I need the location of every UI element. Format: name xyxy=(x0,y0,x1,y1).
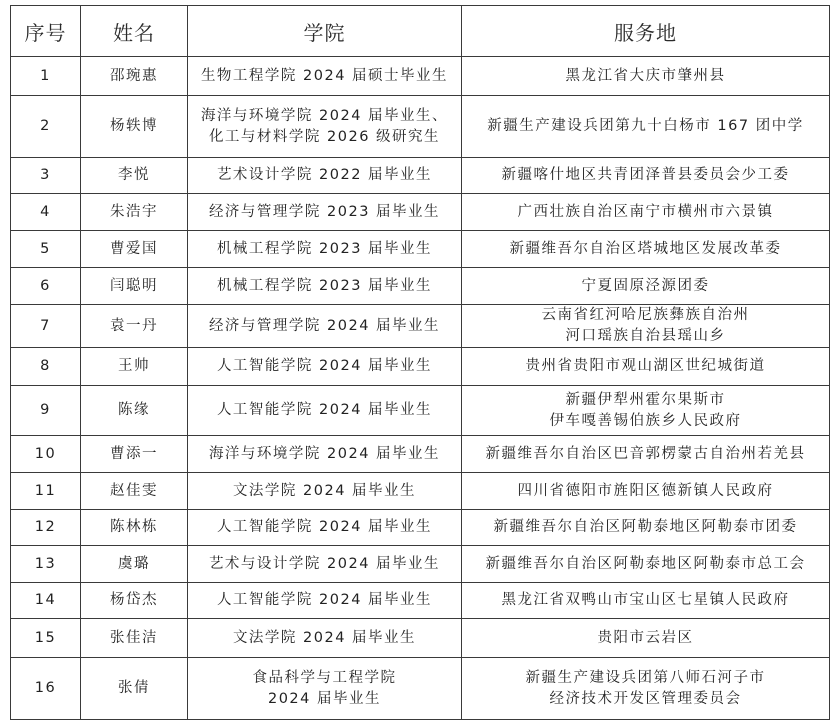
cell-service-place: 云南省红河哈尼族彝族自治州河口瑶族自治县瑶山乡 xyxy=(462,305,830,348)
service-place-line: 新疆喀什地区共青团泽普县委员会少工委 xyxy=(466,165,825,186)
cell-name: 袁一丹 xyxy=(81,305,188,348)
cell-index: 13 xyxy=(11,546,81,583)
cell-service-place: 贵阳市云岩区 xyxy=(462,619,830,658)
cell-college: 人工智能学院 2024 届毕业生 xyxy=(188,583,462,619)
cell-service-place: 新疆维吾尔自治区阿勒泰地区阿勒泰市总工会 xyxy=(462,546,830,583)
cell-name: 张佳洁 xyxy=(81,619,188,658)
college-line: 人工智能学院 2024 届毕业生 xyxy=(192,356,457,377)
cell-service-place: 新疆维吾尔自治区阿勒泰地区阿勒泰市团委 xyxy=(462,510,830,546)
cell-college: 经济与管理学院 2023 届毕业生 xyxy=(188,194,462,231)
roster-table: 序号 姓名 学院 服务地 1邵琬惠生物工程学院 2024 届硕士毕业生黑龙江省大… xyxy=(10,5,830,720)
cell-index: 15 xyxy=(11,619,81,658)
cell-name: 闫聪明 xyxy=(81,268,188,305)
header-service-place: 服务地 xyxy=(462,6,830,57)
service-place-line: 新疆生产建设兵团第八师石河子市 xyxy=(466,668,825,689)
college-line: 经济与管理学院 2023 届毕业生 xyxy=(192,202,457,223)
college-line: 经济与管理学院 2024 届毕业生 xyxy=(192,316,457,337)
service-place-line: 新疆维吾尔自治区阿勒泰地区阿勒泰市团委 xyxy=(466,517,825,538)
table-row: 15张佳洁文法学院 2024 届毕业生贵阳市云岩区 xyxy=(11,619,830,658)
service-place-line: 河口瑶族自治县瑶山乡 xyxy=(466,326,825,347)
cell-name: 朱浩宇 xyxy=(81,194,188,231)
table-row: 11赵佳雯文法学院 2024 届毕业生四川省德阳市旌阳区德新镇人民政府 xyxy=(11,473,830,510)
cell-index: 1 xyxy=(11,57,81,96)
cell-name: 曹爱国 xyxy=(81,231,188,268)
college-line: 2024 届毕业生 xyxy=(192,689,457,710)
cell-college: 海洋与环境学院 2024 届毕业生 xyxy=(188,436,462,473)
cell-college: 海洋与环境学院 2024 届毕业生、化工与材料学院 2026 级研究生 xyxy=(188,96,462,158)
cell-index: 16 xyxy=(11,658,81,720)
cell-name: 王帅 xyxy=(81,348,188,386)
college-line: 海洋与环境学院 2024 届毕业生、 xyxy=(192,106,457,127)
cell-service-place: 新疆生产建设兵团第九十白杨市 167 团中学 xyxy=(462,96,830,158)
header-name: 姓名 xyxy=(81,6,188,57)
college-line: 文法学院 2024 届毕业生 xyxy=(192,481,457,502)
service-place-line: 黑龙江省双鸭山市宝山区七星镇人民政府 xyxy=(466,590,825,611)
header-index: 序号 xyxy=(11,6,81,57)
cell-index: 8 xyxy=(11,348,81,386)
cell-service-place: 新疆喀什地区共青团泽普县委员会少工委 xyxy=(462,158,830,194)
cell-service-place: 四川省德阳市旌阳区德新镇人民政府 xyxy=(462,473,830,510)
cell-college: 人工智能学院 2024 届毕业生 xyxy=(188,510,462,546)
college-line: 艺术与设计学院 2024 届毕业生 xyxy=(192,554,457,575)
cell-college: 生物工程学院 2024 届硕士毕业生 xyxy=(188,57,462,96)
cell-name: 邵琬惠 xyxy=(81,57,188,96)
table-body: 1邵琬惠生物工程学院 2024 届硕士毕业生黑龙江省大庆市肇州县2杨轶博海洋与环… xyxy=(11,57,830,720)
service-place-line: 宁夏固原泾源团委 xyxy=(466,276,825,297)
cell-name: 李悦 xyxy=(81,158,188,194)
cell-college: 艺术与设计学院 2024 届毕业生 xyxy=(188,546,462,583)
table-row: 8王帅人工智能学院 2024 届毕业生贵州省贵阳市观山湖区世纪城街道 xyxy=(11,348,830,386)
service-place-line: 黑龙江省大庆市肇州县 xyxy=(466,66,825,87)
service-place-line: 广西壮族自治区南宁市横州市六景镇 xyxy=(466,202,825,223)
cell-index: 9 xyxy=(11,386,81,436)
college-line: 人工智能学院 2024 届毕业生 xyxy=(192,590,457,611)
table-row: 14杨岱杰人工智能学院 2024 届毕业生黑龙江省双鸭山市宝山区七星镇人民政府 xyxy=(11,583,830,619)
service-place-line: 贵阳市云岩区 xyxy=(466,628,825,649)
college-line: 生物工程学院 2024 届硕士毕业生 xyxy=(192,66,457,87)
cell-name: 赵佳雯 xyxy=(81,473,188,510)
table-row: 7袁一丹经济与管理学院 2024 届毕业生云南省红河哈尼族彝族自治州河口瑶族自治… xyxy=(11,305,830,348)
cell-service-place: 黑龙江省大庆市肇州县 xyxy=(462,57,830,96)
service-place-line: 新疆伊犁州霍尔果斯市 xyxy=(466,390,825,411)
table-row: 13虞璐艺术与设计学院 2024 届毕业生新疆维吾尔自治区阿勒泰地区阿勒泰市总工… xyxy=(11,546,830,583)
cell-name: 虞璐 xyxy=(81,546,188,583)
cell-college: 文法学院 2024 届毕业生 xyxy=(188,473,462,510)
cell-service-place: 新疆维吾尔自治区塔城地区发展改革委 xyxy=(462,231,830,268)
cell-index: 2 xyxy=(11,96,81,158)
service-place-line: 新疆生产建设兵团第九十白杨市 167 团中学 xyxy=(466,116,825,137)
cell-service-place: 贵州省贵阳市观山湖区世纪城街道 xyxy=(462,348,830,386)
cell-index: 11 xyxy=(11,473,81,510)
cell-index: 6 xyxy=(11,268,81,305)
cell-index: 3 xyxy=(11,158,81,194)
table-row: 12陈林栋人工智能学院 2024 届毕业生新疆维吾尔自治区阿勒泰地区阿勒泰市团委 xyxy=(11,510,830,546)
table-row: 6闫聪明机械工程学院 2023 届毕业生宁夏固原泾源团委 xyxy=(11,268,830,305)
cell-service-place: 新疆维吾尔自治区巴音郭楞蒙古自治州若羌县 xyxy=(462,436,830,473)
cell-service-place: 广西壮族自治区南宁市横州市六景镇 xyxy=(462,194,830,231)
college-line: 化工与材料学院 2026 级研究生 xyxy=(192,127,457,148)
service-place-line: 云南省红河哈尼族彝族自治州 xyxy=(466,305,825,326)
cell-name: 杨轶博 xyxy=(81,96,188,158)
table-row: 4朱浩宇经济与管理学院 2023 届毕业生广西壮族自治区南宁市横州市六景镇 xyxy=(11,194,830,231)
cell-service-place: 黑龙江省双鸭山市宝山区七星镇人民政府 xyxy=(462,583,830,619)
cell-service-place: 宁夏固原泾源团委 xyxy=(462,268,830,305)
college-line: 机械工程学院 2023 届毕业生 xyxy=(192,239,457,260)
cell-college: 人工智能学院 2024 届毕业生 xyxy=(188,348,462,386)
service-place-line: 经济技术开发区管理委员会 xyxy=(466,689,825,710)
cell-name: 张倩 xyxy=(81,658,188,720)
service-place-line: 新疆维吾尔自治区塔城地区发展改革委 xyxy=(466,239,825,260)
service-place-line: 伊车嘎善锡伯族乡人民政府 xyxy=(466,411,825,432)
cell-index: 10 xyxy=(11,436,81,473)
table-row: 10曹添一海洋与环境学院 2024 届毕业生新疆维吾尔自治区巴音郭楞蒙古自治州若… xyxy=(11,436,830,473)
table-row: 16张倩食品科学与工程学院2024 届毕业生新疆生产建设兵团第八师石河子市经济技… xyxy=(11,658,830,720)
cell-college: 食品科学与工程学院2024 届毕业生 xyxy=(188,658,462,720)
cell-college: 经济与管理学院 2024 届毕业生 xyxy=(188,305,462,348)
college-line: 海洋与环境学院 2024 届毕业生 xyxy=(192,444,457,465)
college-line: 机械工程学院 2023 届毕业生 xyxy=(192,276,457,297)
table-row: 2杨轶博海洋与环境学院 2024 届毕业生、化工与材料学院 2026 级研究生新… xyxy=(11,96,830,158)
cell-index: 4 xyxy=(11,194,81,231)
cell-service-place: 新疆生产建设兵团第八师石河子市经济技术开发区管理委员会 xyxy=(462,658,830,720)
cell-name: 杨岱杰 xyxy=(81,583,188,619)
cell-college: 文法学院 2024 届毕业生 xyxy=(188,619,462,658)
table-row: 3李悦艺术设计学院 2022 届毕业生新疆喀什地区共青团泽普县委员会少工委 xyxy=(11,158,830,194)
service-place-line: 新疆维吾尔自治区阿勒泰地区阿勒泰市总工会 xyxy=(466,554,825,575)
college-line: 食品科学与工程学院 xyxy=(192,668,457,689)
cell-name: 陈缘 xyxy=(81,386,188,436)
cell-index: 12 xyxy=(11,510,81,546)
cell-college: 机械工程学院 2023 届毕业生 xyxy=(188,231,462,268)
cell-index: 14 xyxy=(11,583,81,619)
cell-service-place: 新疆伊犁州霍尔果斯市伊车嘎善锡伯族乡人民政府 xyxy=(462,386,830,436)
cell-college: 机械工程学院 2023 届毕业生 xyxy=(188,268,462,305)
cell-college: 人工智能学院 2024 届毕业生 xyxy=(188,386,462,436)
college-line: 人工智能学院 2024 届毕业生 xyxy=(192,400,457,421)
service-place-line: 四川省德阳市旌阳区德新镇人民政府 xyxy=(466,481,825,502)
service-place-line: 新疆维吾尔自治区巴音郭楞蒙古自治州若羌县 xyxy=(466,444,825,465)
cell-index: 7 xyxy=(11,305,81,348)
header-row: 序号 姓名 学院 服务地 xyxy=(11,6,830,57)
table-row: 9陈缘人工智能学院 2024 届毕业生新疆伊犁州霍尔果斯市伊车嘎善锡伯族乡人民政… xyxy=(11,386,830,436)
header-college: 学院 xyxy=(188,6,462,57)
cell-index: 5 xyxy=(11,231,81,268)
cell-college: 艺术设计学院 2022 届毕业生 xyxy=(188,158,462,194)
college-line: 人工智能学院 2024 届毕业生 xyxy=(192,517,457,538)
cell-name: 陈林栋 xyxy=(81,510,188,546)
college-line: 艺术设计学院 2022 届毕业生 xyxy=(192,165,457,186)
service-place-line: 贵州省贵阳市观山湖区世纪城街道 xyxy=(466,356,825,377)
cell-name: 曹添一 xyxy=(81,436,188,473)
table-row: 1邵琬惠生物工程学院 2024 届硕士毕业生黑龙江省大庆市肇州县 xyxy=(11,57,830,96)
college-line: 文法学院 2024 届毕业生 xyxy=(192,628,457,649)
table-row: 5曹爱国机械工程学院 2023 届毕业生新疆维吾尔自治区塔城地区发展改革委 xyxy=(11,231,830,268)
